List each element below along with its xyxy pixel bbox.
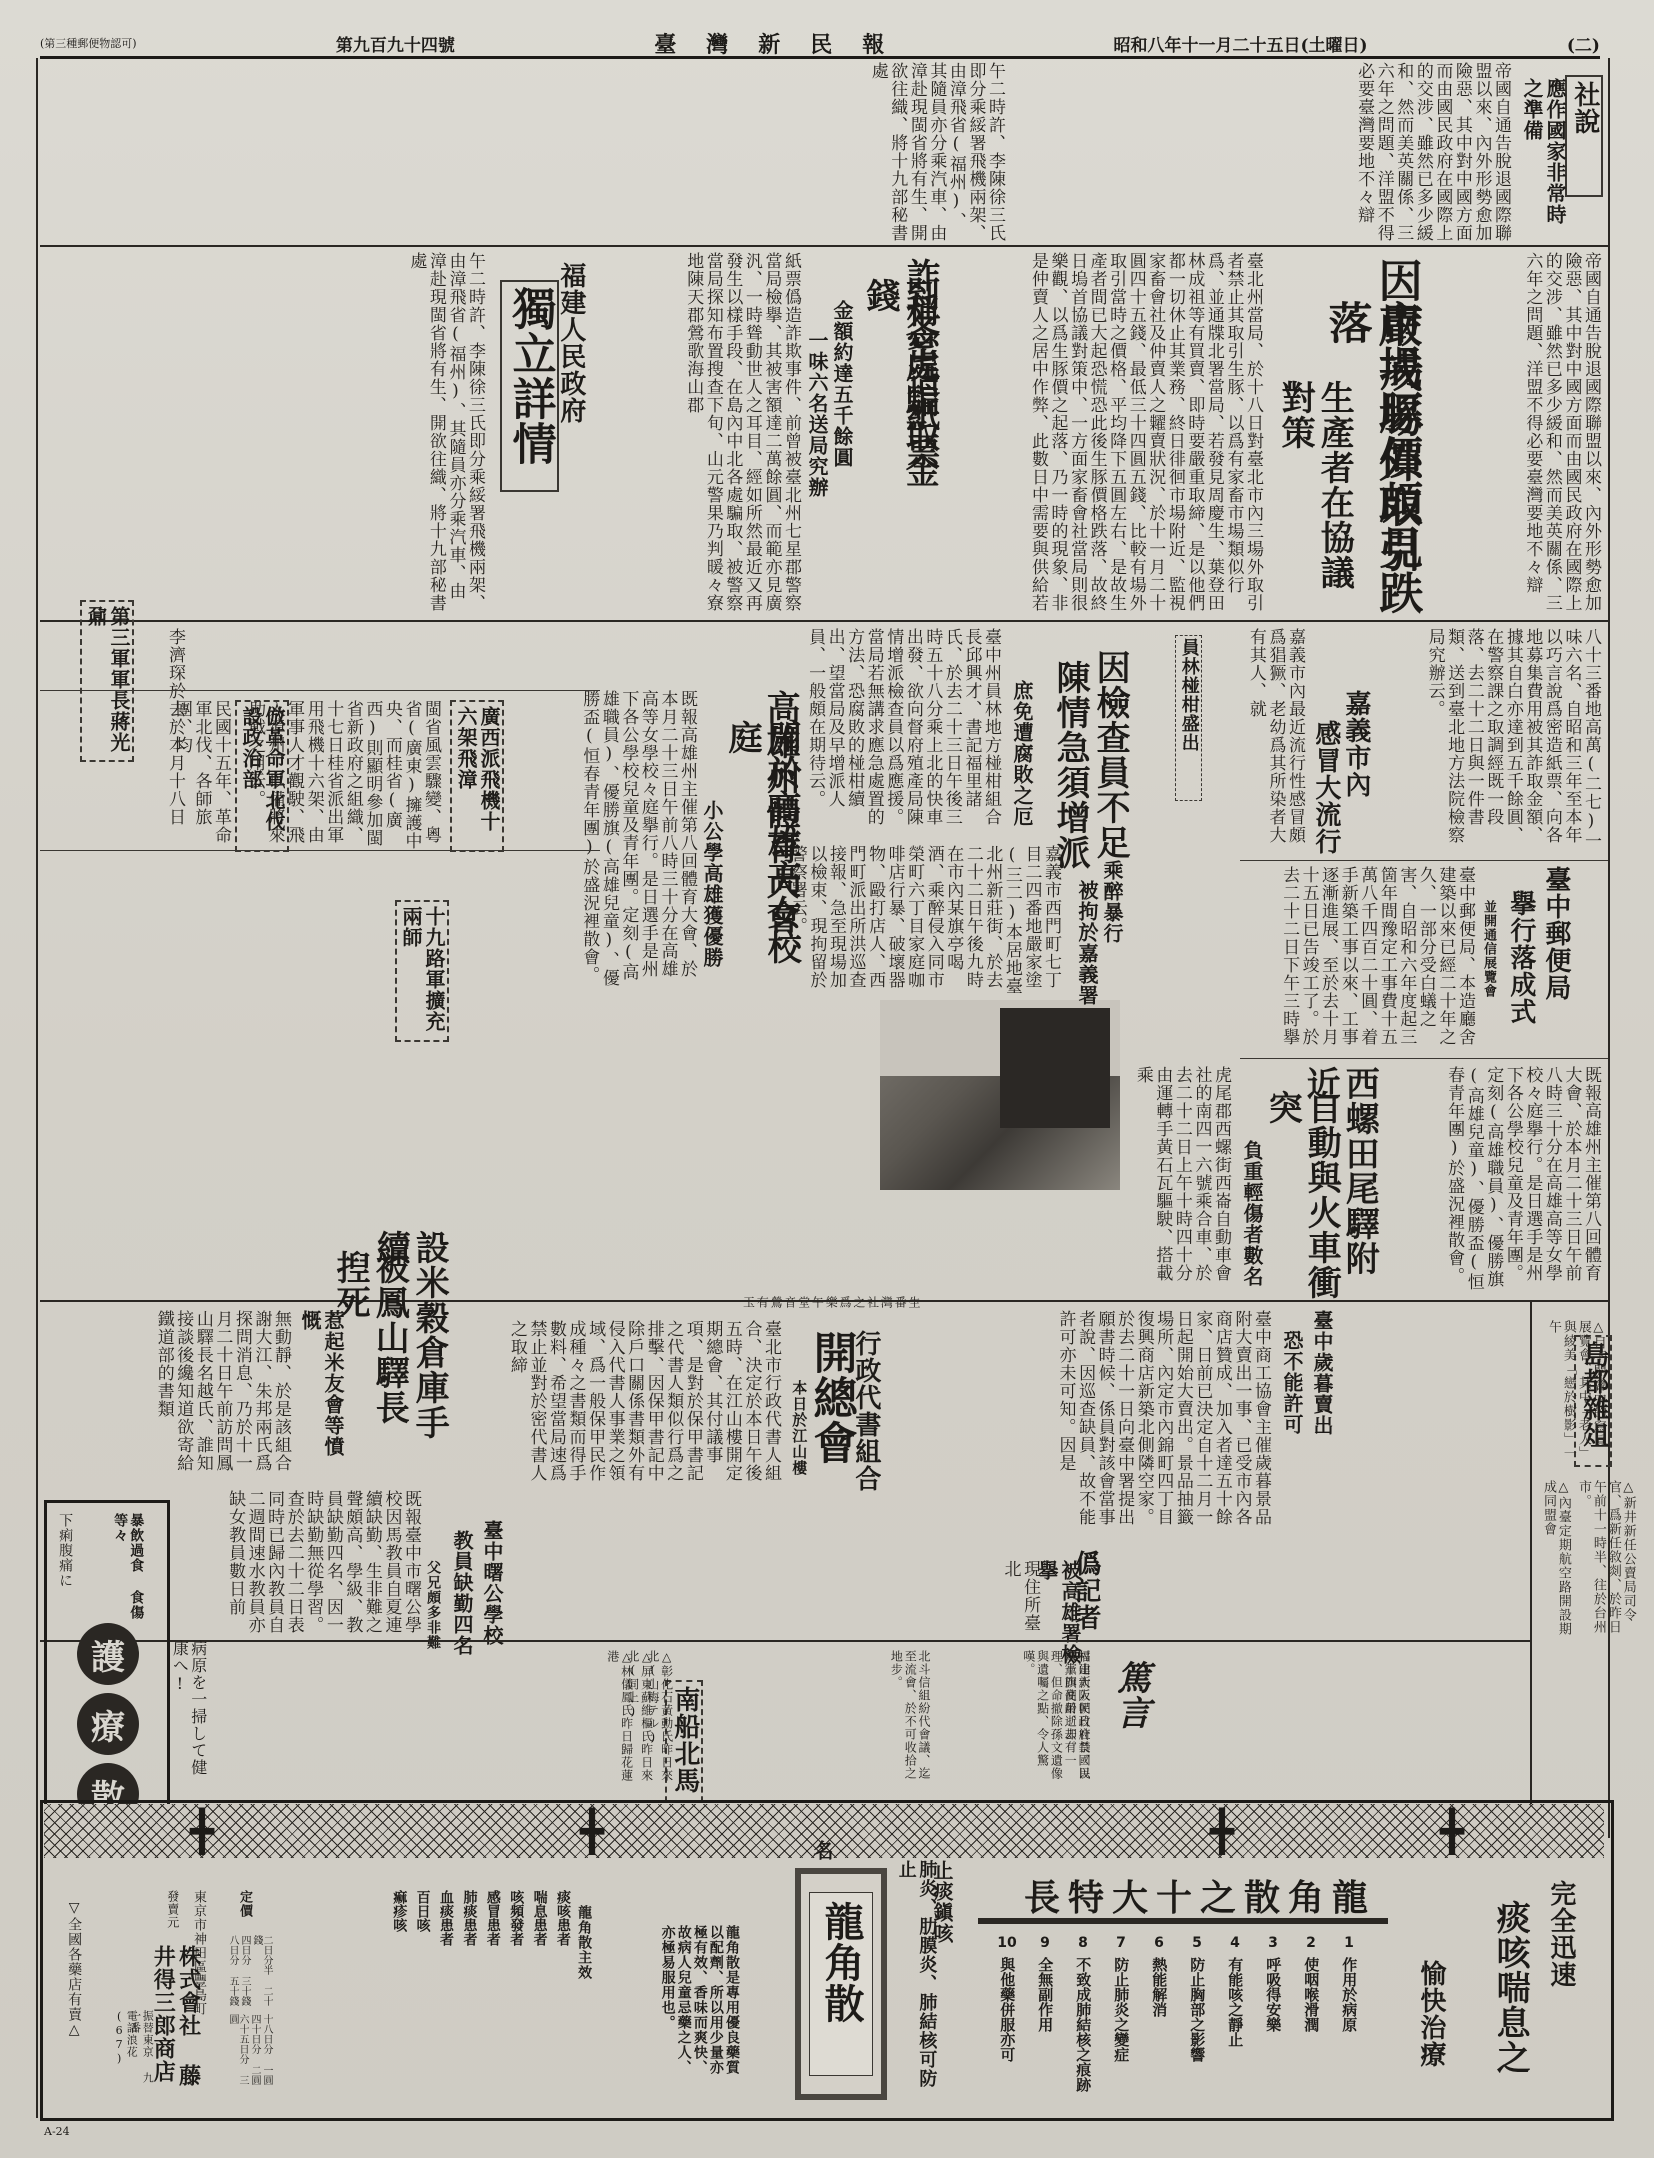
editorial-body: 帝國自通告脫退國際聯盟以來、內外形勢愈加險惡、其中對中國方面而由國民政府在國際上…	[1020, 62, 1510, 242]
ad-feature-item: 6熱能解消	[1143, 1935, 1175, 2105]
tangerine-body: 臺中州員林地方椪柑組合長邱興才、書記福里諸氏、於去二十三日午後三時五十八分乘上北…	[820, 628, 1000, 828]
ad-price-row: 六十五日分 三圓	[227, 2014, 247, 2089]
ad-indication-item: 肺痰患者	[461, 1890, 476, 2090]
ad-feature-number: 5	[1192, 1935, 1202, 1957]
ad-slogan-3: 愉快治療	[1415, 1960, 1445, 2100]
forged-notes-headline-2: 到各處騙取金錢	[860, 278, 938, 518]
chiayi-flu-headline-1: 嘉義市內	[1340, 690, 1370, 850]
ad-slogan-1: 完全迅速	[1545, 1880, 1575, 2000]
taichung-post-body: 臺中郵便局、本造廳舍建築以來已經二十年之久、一部分受白蟻之害、自昭和六年度起三箇…	[1244, 866, 1474, 1056]
ad-indication-item: 痲疹咳	[391, 1890, 406, 2090]
teachers-headline-2: 教員缺勤四名	[450, 1530, 473, 1670]
ad-feature-title: 熱能解消	[1151, 1957, 1168, 2017]
ad-headline-underline	[978, 1918, 1388, 1924]
train-crash-headline-2: 自動與火車衝突	[1262, 1090, 1340, 1300]
divider-row1	[40, 245, 1608, 247]
forged-notes-body: 紙票僞造詐欺事件、前曾被臺北州七星郡警察當局檢擧、其被害額達二萬餘圓、而範亦見廣…	[610, 252, 800, 612]
ad-seal-1: 護	[77, 1623, 139, 1685]
fujian-box-political-dept-text: 民國十五年、革命軍北伐、各師旅團、均	[190, 700, 230, 850]
ad-price-row: 十八日分 一圓	[261, 2014, 271, 2089]
island-miscellany-item: △新井新任公賣局司令官、爲新任敘剡、於昨日午前十一時半、往於台州市。	[1575, 1480, 1635, 1640]
ad-tagline-2: 肺炎、肋膜炎、肺結核可防止	[895, 1860, 936, 2090]
scriveners-body: 臺北市行政代書人組合、決定於本日午後五時、在江山樓開定期總會、其付議事項、是對於…	[520, 1320, 780, 1490]
ad-indication-item: 痰咳患者	[555, 1890, 570, 2090]
divider	[40, 850, 600, 851]
ad-slogan-2: 痰咳喘息之	[1490, 1900, 1529, 2100]
ad-feature-item: 8不致成肺結核之痕跡	[1067, 1935, 1099, 2105]
ad-feature-number: 3	[1268, 1935, 1278, 1957]
fujian-box-19th-army: 十九路軍擴充兩師	[395, 900, 449, 1042]
kaohsiung-sports-headline-2: 開於高雄高女校庭	[722, 720, 800, 980]
ad-feature-item: 3呼吸得安樂	[1257, 1935, 1289, 2105]
drunk-violence-body: 嘉義市西門町七丁目二四番地嚴家塗(三二)本居地臺北州新莊街、於去二十二日午後九時…	[820, 845, 1060, 995]
fujian-headline-2: 獨立詳情	[500, 280, 559, 492]
divider	[1240, 1058, 1608, 1059]
ad-features-headline: 龍角散之十大特長	[1000, 1870, 1400, 1921]
ad-price-row: 二日分半 二十錢	[251, 1935, 271, 2010]
ad-gokanron-side: 下痢腹痛に	[57, 1513, 73, 1623]
page-code: A-24	[44, 2125, 70, 2138]
island-miscellany-item: △內臺定期航空路開設期成同盟會	[1540, 1480, 1570, 1640]
ad-feature-title: 不致成肺結核之痕跡	[1075, 1957, 1092, 2092]
issue-date: 昭和八年十一月二十五日(土曜日)	[1114, 31, 1368, 56]
teachers-subhead: 父兄頗多非難	[425, 1560, 441, 1670]
ad-product-label: 龍角散	[809, 1892, 873, 2076]
island-miscellany-item: △目下開會中的寫眞展覽會、其中「老人」與綾美「戀於樹影」一午	[1545, 1320, 1605, 1460]
editorial-title: 應作國家非常時之準備	[1520, 78, 1566, 238]
forged-notes-subhead: 金額約達五千餘圓	[830, 300, 853, 480]
train-crash-photo	[880, 1000, 1120, 1190]
fake-reporter-body: 現住所臺北	[1000, 1560, 1039, 1640]
cross-ornament-icon: ╋	[1440, 1808, 1464, 1855]
ad-features-list: 1作用於病原2使咽喉滑潤3呼吸得安樂4有能咳之靜止5防止胸部之影響6熱能解消7防…	[985, 1935, 1365, 2105]
divider	[40, 690, 600, 691]
chiayi-flu-headline-2: 感冒大流行	[1310, 720, 1340, 880]
taichung-sale-headline-2: 恐不能許可	[1280, 1330, 1303, 1490]
cross-ornament-icon: ╋	[580, 1808, 604, 1855]
fujian-body: 午二時許、李陳徐三氏即分乘綏署飛機兩架、由漳飛省(福州)、其隨員亦分乘汽車、由漳…	[44, 252, 484, 612]
scriveners-headline-2: 開總會	[805, 1330, 856, 1490]
ad-feature-number: 1	[1344, 1935, 1354, 1957]
taichung-post-kicker: 並開通信展覽會	[1480, 900, 1495, 1050]
ad-prices-table: 二日分半 二十錢四日分 三十錢八日分 五十錢十八日分 一圓四十日分 二圓六十五日…	[225, 1935, 271, 2090]
ad-description: 龍角散是專用優良藥質以配劑、所以用少量亦極有效、香味而爽快、故病人兒童忌藥之人、…	[630, 1925, 740, 2075]
ad-gokanron-tagline: 暴飲過食 食傷等々	[112, 1513, 144, 1623]
drunk-violence-headline-1: 乘醉暴行	[1100, 860, 1123, 980]
train-crash-body: 虎尾郡西螺街西崙自動車會社的南四一六號乘合車、於去二十二日上午十時四十分由運轉手…	[1120, 1066, 1230, 1296]
ad-feature-title: 防止肺炎之變症	[1113, 1957, 1130, 2062]
drunk-violence-headline-2: 被拘於嘉義署	[1075, 880, 1098, 1020]
divider-row2	[40, 620, 1608, 622]
social-bar: 生番灣社之爲樂午堂音鶯有玉	[520, 1296, 920, 1316]
ad-feature-title: 使咽喉滑潤	[1303, 1957, 1320, 2032]
rice-warehouse-subhead: 惹起米友會等憤慨	[298, 1310, 344, 1460]
ad-brand-name: 龍角散	[818, 1901, 864, 2081]
ad-feature-title: 作用於病原	[1341, 1957, 1358, 2032]
ad-feature-item: 2使咽喉滑潤	[1295, 1935, 1327, 2105]
ad-availability: ▽全國各藥店有賣△	[66, 1900, 82, 2080]
issue-number: 第九百九十四號	[336, 31, 455, 56]
page-number: (二)	[1567, 31, 1600, 56]
tangerine-kicker: 員林椪柑盛出	[1175, 635, 1202, 801]
ad-feature-number: 9	[1040, 1935, 1050, 1957]
pig-market-subhead: 生產者在協議對策	[1275, 380, 1353, 620]
kaohsiung-sports-body: 既報高雄州主催第八回體育大會、於本月二十三日午前八時三十分在高雄高等女學校々庭擧…	[610, 690, 696, 990]
ad-product-box: 龍角散	[795, 1868, 887, 2100]
ad-prices-label: 定價	[236, 1890, 251, 1930]
ad-feature-item: 9全無副作用	[1029, 1935, 1061, 2105]
divider	[1530, 1300, 1532, 1840]
fujian-box-guangxi-text: 閩省風雲驟變、粵省(廣東)擁護中央、而桂省(廣西)則顯明參加閩省新政府之組織、十…	[300, 700, 440, 850]
ad-feature-item: 1作用於病原	[1333, 1935, 1365, 2105]
ad-feature-number: 2	[1306, 1935, 1316, 1957]
ad-gokanron-slogan: 病原を一掃して健康へ!	[170, 1640, 207, 1790]
ad-indications-list: 痰咳患者喘息患者咳頻發者感冒患者肺痰患者血痰患者百日咳痲疹咳	[270, 1890, 570, 2090]
ad-seal-2: 療	[77, 1693, 139, 1755]
left-border	[36, 58, 38, 2118]
taichung-post-headline-2: 擧行落成式	[1505, 890, 1535, 1050]
ad-seller-label: 發賣元	[165, 1890, 179, 1930]
forged-notes-continuation: 八十三番地高萬(二七)一味六名、自昭和三年至本年以巧言說爲密造紙票、向各地募集費…	[1450, 628, 1600, 858]
ad-indication-item: 血痰患者	[438, 1890, 453, 2090]
aphorisms-item: 北斗信組紛代會議、迄至流會、於不可收拾之地步。	[850, 1650, 930, 1790]
chiayi-flu-body: 嘉義市內最近流行性感冒頗爲猖獗、老幼爲其所染者大有其人、就	[1244, 628, 1304, 858]
taichung-sale-headline-1: 臺中歲暮賣出	[1310, 1310, 1333, 1510]
cross-ornament-icon: ╋	[1210, 1808, 1234, 1855]
masthead: (第三種郵便物認可) 第九百九十四號 臺灣新民報 昭和八年十一月二十五日(土曜日…	[40, 30, 1600, 59]
editorial-continuation: 午二時許、李陳徐三氏即分乘綏署飛機兩架、由漳飛省(福州)、其隨員亦分乘汽車、由漳…	[44, 62, 1004, 242]
fujian-headline-1: 福建人民政府	[555, 262, 585, 462]
ad-indication-item: 咳頻發者	[508, 1890, 523, 2090]
ad-gokanron: 暴飲過食 食傷等々 下痢腹痛に 護 療 散	[44, 1500, 170, 1841]
ad-price-row: 八日分 五十錢	[227, 1935, 237, 2010]
paper-name: 臺灣新民報	[654, 28, 914, 59]
forged-notes-subhead-2: 一味六名送局究辦	[805, 330, 828, 510]
editorial-label: 社說	[1565, 75, 1603, 197]
ad-feature-number: 6	[1154, 1935, 1164, 1957]
ad-indication-item: 喘息患者	[531, 1890, 546, 2090]
ad-indication-item: 感冒患者	[484, 1890, 499, 2090]
ad-feature-item: 7防止肺炎之變症	[1105, 1935, 1137, 2105]
ad-price-row: 四十日分 二圓	[249, 2014, 259, 2089]
pig-market-body: 臺北州當局、於十八日對臺北市內三場外取引者禁止其取引生豚、以爲有家畜市場類似行爲…	[1012, 252, 1262, 612]
aphorisms-label: 篤言	[1110, 1660, 1149, 1780]
train-crash-subhead: 負重輕傷者數名	[1240, 1140, 1263, 1300]
kaohsiung-sports-result: 既報高雄州主催第八回體育大會、於本月二十三日午前八時三十分在高雄高等女學校々庭擧…	[1450, 1066, 1600, 1296]
ad-feature-number: 10	[997, 1935, 1016, 1957]
scriveners-subhead: 本日於江山樓	[790, 1380, 807, 1490]
ad-feature-item: 4有能咳之靜止	[1219, 1935, 1251, 2105]
fujian-box-political-dept: 倣革命軍北伐設政治部	[235, 700, 289, 852]
ad-feature-title: 全無副作用	[1037, 1957, 1054, 2032]
ad-seller-name: 株式會社 藤井得三郎商店	[150, 1945, 201, 2105]
ad-feature-number: 7	[1116, 1935, 1126, 1957]
cross-ornament-icon: ╋	[190, 1808, 214, 1855]
postal-notice: (第三種郵便物認可)	[40, 35, 137, 51]
divider-row4	[40, 1640, 1530, 1642]
ad-feature-number: 8	[1078, 1935, 1088, 1957]
ad-feature-item: 5防止胸部之影響	[1181, 1935, 1213, 2105]
ad-feature-number: 4	[1230, 1935, 1240, 1957]
ad-feature-title: 呼吸得安樂	[1265, 1957, 1282, 2032]
southern-ships-item: △林儀鳳氏昨日歸花蓮港	[605, 1650, 633, 1790]
teachers-body: 既報臺中市曙公學校因馬教員自夏連續缺勤、生非難之聲頗高、學級、教員缺勤四名、因一…	[210, 1490, 420, 1640]
ad-feature-title: 防止胸部之影響	[1189, 1957, 1206, 2062]
ad-phone: 電話浪花(67)	[112, 2010, 137, 2090]
fujian-body-2: 李濟琛於去於本月十八日	[44, 628, 184, 1288]
ad-price-row: 四日分 三十錢	[239, 1935, 249, 2010]
rice-warehouse-body: 無動靜、於是該組合謝大江、朱邦兩氏爲探問消息、乃於十一月二十日午前訪問鳳山驛長名…	[160, 1310, 290, 1480]
taichung-post-headline-1: 臺中郵便局	[1540, 866, 1570, 1046]
ad-main-effects-label: 龍角散主效	[576, 1905, 592, 2025]
ad-feature-title: 有能咳之靜止	[1227, 1957, 1244, 2047]
editorial-tail: 帝國自通告脫退國際聯盟以來、內外形勢愈加險惡、其中對中國方面而由國民政府在國際上…	[1472, 252, 1600, 612]
tangerine-headline-1: 因檢查員不足	[1090, 650, 1129, 870]
aphorisms-item: 村山大阪朝日社長、以八十四高齡逝去。	[1030, 1650, 1090, 1790]
tangerine-subhead: 庶免遭腐敗之厄	[1010, 680, 1033, 860]
kaohsiung-sports-subhead: 小公學高雄獲優勝	[700, 800, 723, 980]
taichung-sale-body: 臺中商工協會主催歲暮景品附大賣出一事、已受市內各商店贊成、加入者達五十餘家、日前…	[1000, 1310, 1270, 1530]
teachers-headline-1: 臺中曙公學校	[480, 1520, 503, 1660]
ad-feature-item: 10與他藥併服亦可	[991, 1935, 1023, 2105]
ad-indication-item: 百日咳	[414, 1890, 429, 2090]
newspaper-page: (第三種郵便物認可) 第九百九十四號 臺灣新民報 昭和八年十一月二十五日(土曜日…	[0, 0, 1654, 2158]
photo-truck	[1000, 1008, 1110, 1128]
divider	[1240, 860, 1608, 861]
ad-feature-title: 與他藥併服亦可	[999, 1957, 1016, 2062]
fujian-box-guangxi: 廣西派飛機十六架飛漳	[450, 700, 504, 852]
